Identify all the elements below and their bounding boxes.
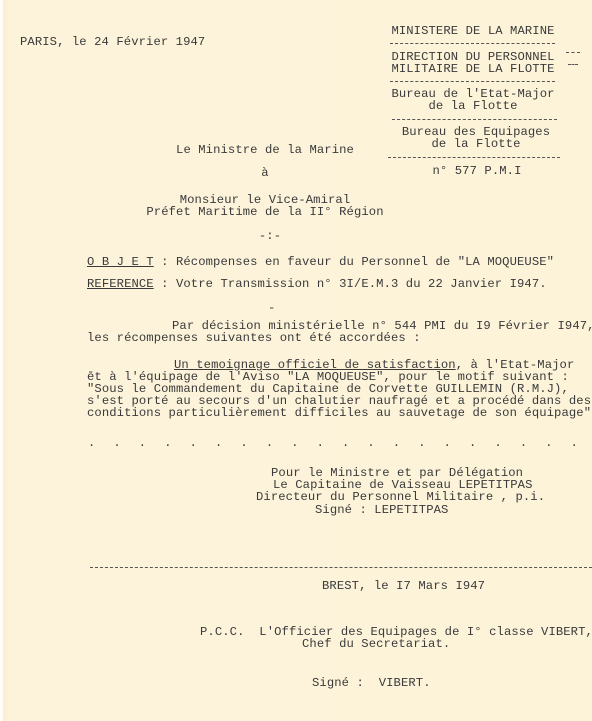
divider bbox=[390, 81, 555, 82]
award-line-5: conditions particulièrement difficiles a… bbox=[87, 407, 592, 419]
reference-label: REFERENCE bbox=[87, 277, 154, 291]
sender: Le Ministre de la Marine bbox=[160, 144, 370, 156]
reference-text: : Votre Transmission n° 3I/E.M.3 du 22 J… bbox=[161, 277, 547, 291]
page-edge bbox=[0, 0, 3, 721]
letterhead-ministry: MINISTERE DE LA MARINE bbox=[388, 25, 558, 37]
copy-place-date: BREST, le I7 Mars I947 bbox=[322, 580, 485, 592]
pcc-signed: Signé : VIBERT. bbox=[312, 677, 431, 689]
letterhead-direction-2: MILITAIRE DE LA FLOTTE bbox=[388, 63, 558, 75]
section-divider bbox=[90, 567, 592, 568]
objet-line: O B J E T : Récompenses en faveur du Per… bbox=[87, 256, 554, 268]
objet-label: O B J E T bbox=[87, 255, 154, 269]
divider bbox=[392, 119, 557, 120]
margin-mark bbox=[566, 52, 580, 53]
margin-mark bbox=[568, 64, 578, 65]
objet-text: : Récompenses en faveur du Personnel de … bbox=[161, 255, 554, 269]
recipient-line-2: Préfet Maritime de la II° Région bbox=[140, 206, 390, 218]
separator: -:- bbox=[240, 230, 300, 242]
place-date: PARIS, le 24 Février 1947 bbox=[20, 36, 205, 48]
body-line-2: les récompenses suivantes ont été accord… bbox=[87, 332, 421, 344]
pcc-line-2: Chef du Secretariat. bbox=[302, 638, 450, 650]
divider bbox=[390, 43, 555, 44]
to-word: à bbox=[160, 167, 370, 179]
signature-line-4: Signé : LEPETITPAS bbox=[315, 504, 448, 516]
document-page: PARIS, le 24 Février 1947 MINISTERE DE L… bbox=[0, 0, 592, 721]
letterhead-bureau1-2: de la Flotte bbox=[385, 100, 561, 112]
dash-mark: - bbox=[268, 302, 275, 314]
letterhead-bureau2-2: de la Flotte bbox=[388, 138, 564, 150]
signature-line-3: Directeur du Personnel Militaire , p.i. bbox=[256, 491, 545, 503]
divider bbox=[388, 157, 560, 158]
letterhead-reference-number: n° 577 P.M.I bbox=[392, 165, 562, 177]
dotted-line: . . . . . . . . . . . . . . . . . . . . … bbox=[88, 436, 592, 450]
reference-line: REFERENCE : Votre Transmission n° 3I/E.M… bbox=[87, 278, 547, 290]
